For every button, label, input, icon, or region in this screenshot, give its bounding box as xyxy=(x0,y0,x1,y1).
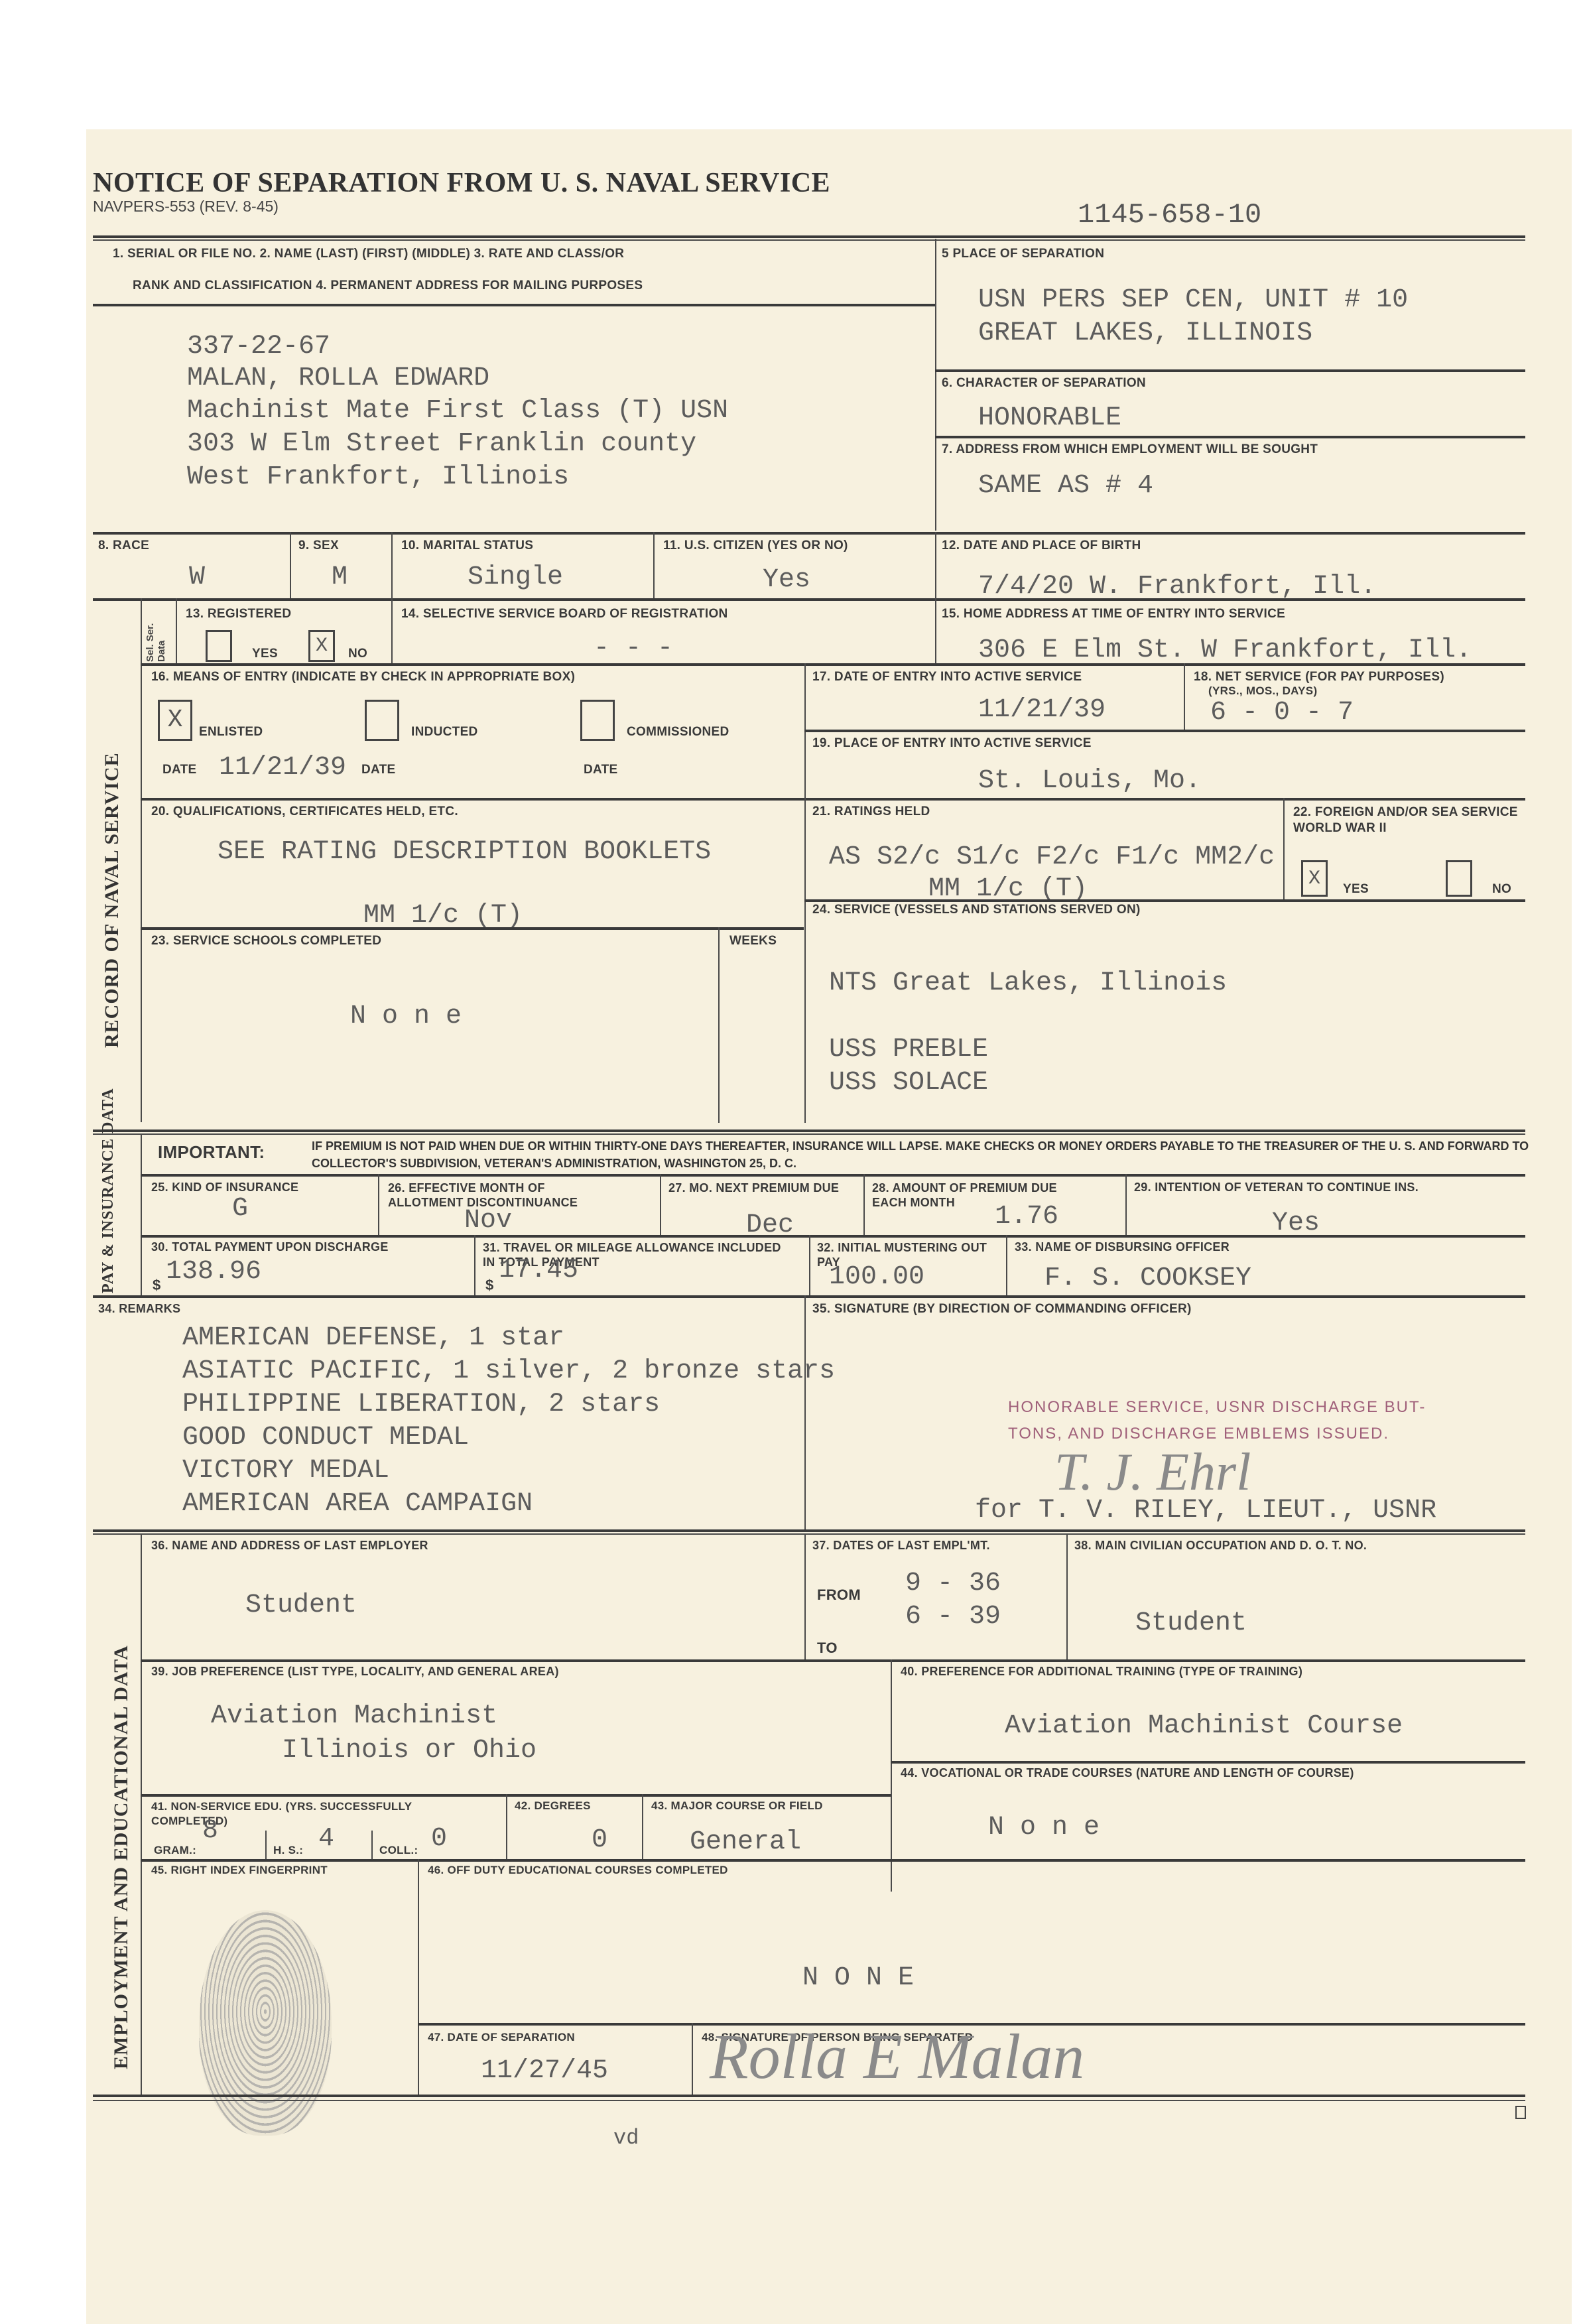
label-college: COLL.: xyxy=(379,1844,418,1857)
allotment-month-value: Nov xyxy=(464,1206,512,1236)
job-preference-locality: Illinois or Ohio xyxy=(282,1736,537,1766)
serial-number: 337-22-67 xyxy=(187,332,330,361)
marital-status-value: Single xyxy=(468,562,563,592)
label-remarks: 34. REMARKS xyxy=(98,1302,180,1316)
divider xyxy=(141,1794,891,1797)
divider xyxy=(93,598,1525,601)
label-entry-place: 19. PLACE OF ENTRY INTO ACTIVE SERVICE xyxy=(812,736,1092,751)
divider xyxy=(1283,798,1285,901)
form-title: NOTICE OF SEPARATION FROM U. S. NAVAL SE… xyxy=(93,167,830,199)
label-civilian-occupation: 38. MAIN CIVILIAN OCCUPATION AND D. O. T… xyxy=(1074,1539,1367,1553)
divider xyxy=(718,927,720,1123)
service-schools-value: N o n e xyxy=(350,1001,462,1031)
label-date-of-separation: 47. DATE OF SEPARATION xyxy=(428,2031,575,2044)
label-character-of-separation: 6. CHARACTER OF SEPARATION xyxy=(942,376,1146,391)
remark-line: GOOD CONDUCT MEDAL xyxy=(182,1423,469,1452)
label-enlisted: ENLISTED xyxy=(199,725,263,740)
commanding-officer-name: for T. V. RILEY, LIEUT., USNR xyxy=(975,1496,1436,1525)
divider xyxy=(804,899,1525,902)
label-means-of-entry: 16. MEANS OF ENTRY (INDICATE BY CHECK IN… xyxy=(151,670,575,684)
label-commissioned: COMMISSIONED xyxy=(627,725,729,740)
label-next-premium: 27. MO. NEXT PREMIUM DUE xyxy=(668,1181,861,1195)
divider xyxy=(141,1533,142,2097)
section-pay-insurance-data: PAY & INSURANCE DATA xyxy=(99,1088,117,1293)
us-citizen-value: Yes xyxy=(763,565,810,595)
divider xyxy=(692,2023,693,2095)
insurance-notice: IF PREMIUM IS NOT PAID WHEN DUE OR WITHI… xyxy=(312,1137,1532,1172)
vocational-courses-value: N o n e xyxy=(988,1813,1100,1842)
grammar-years-value: 8 xyxy=(202,1816,218,1846)
label-no: NO xyxy=(348,647,367,661)
label-vocational-courses: 44. VOCATIONAL OR TRADE COURSES (NATURE … xyxy=(901,1766,1354,1780)
divider xyxy=(290,532,291,598)
divider xyxy=(93,1529,1525,1532)
divider xyxy=(804,663,806,806)
job-preference-type: Aviation Machinist xyxy=(211,1701,497,1731)
foreign-service-yes-checkbox[interactable]: X xyxy=(1301,860,1328,897)
label-ratings-held: 21. RATINGS HELD xyxy=(812,805,930,819)
label-important: IMPORTANT: xyxy=(158,1142,265,1163)
label-major-course: 43. MAJOR COURSE OR FIELD xyxy=(651,1799,823,1813)
divider xyxy=(804,798,806,1123)
label-foreign-no: NO xyxy=(1492,882,1511,897)
label-weeks: WEEKS xyxy=(729,934,777,948)
character-of-separation: HONORABLE xyxy=(978,403,1121,433)
entry-date-value: 11/21/39 xyxy=(978,695,1106,725)
divider xyxy=(804,730,1525,732)
divider xyxy=(371,1831,373,1860)
employment-from-value: 9 - 36 xyxy=(905,1569,1001,1598)
section-record-of-naval-service: RECORD OF NAVAL SERVICE xyxy=(101,752,123,1048)
permanent-address-line1: 303 W Elm Street Franklin county xyxy=(187,429,696,459)
continue-insurance-value: Yes xyxy=(1272,1208,1320,1238)
label-continue-insurance: 29. INTENTION OF VETERAN TO CONTINUE INS… xyxy=(1134,1181,1419,1194)
remark-line: ASIATIC PACIFIC, 1 silver, 2 bronze star… xyxy=(182,1356,835,1386)
divider xyxy=(93,1130,1525,1132)
commissioned-checkbox[interactable] xyxy=(580,700,615,741)
label-foreign-yes: YES xyxy=(1343,882,1369,897)
divider xyxy=(93,2100,1525,2101)
label-non-service-education: 41. NON-SERVICE EDU. (YRS. SUCCESSFULLY … xyxy=(151,1799,456,1829)
divider xyxy=(935,436,1525,438)
divider xyxy=(141,927,804,930)
label-last-employer: 36. NAME AND ADDRESS OF LAST EMPLOYER xyxy=(151,1539,428,1553)
fingerprint-image xyxy=(199,1910,332,2136)
service-vessel-2: USS SOLACE xyxy=(829,1068,988,1098)
label-job-preference: 39. JOB PREFERENCE (LIST TYPE, LOCALITY,… xyxy=(151,1665,559,1679)
employment-address: SAME AS # 4 xyxy=(978,471,1153,501)
service-station-1: NTS Great Lakes, Illinois xyxy=(829,968,1227,998)
permanent-address-line2: West Frankfort, Illinois xyxy=(187,462,569,492)
divider xyxy=(804,1533,806,1659)
divider xyxy=(176,598,177,663)
label-kind-of-insurance: 25. KIND OF INSURANCE xyxy=(151,1181,298,1194)
major-course-value: General xyxy=(690,1827,801,1857)
label-dates-last-employment: 37. DATES OF LAST EMPL'MT. xyxy=(812,1539,990,1553)
divider xyxy=(93,239,1525,241)
place-of-separation-line2: GREAT LAKES, ILLINOIS xyxy=(978,318,1312,348)
dollar-sign: $ xyxy=(485,1277,494,1294)
label-date-inducted: DATE xyxy=(361,763,396,777)
divider xyxy=(141,1133,142,1295)
label-from: FROM xyxy=(817,1586,861,1604)
label-employment-address: 7. ADDRESS FROM WHICH EMPLOYMENT WILL BE… xyxy=(942,442,1318,457)
mustering-out-pay-value: 100.00 xyxy=(829,1262,924,1292)
last-employer-value: Student xyxy=(245,1590,357,1620)
label-right-index-fingerprint: 45. RIGHT INDEX FINGERPRINT xyxy=(151,1864,328,1877)
divider xyxy=(863,1174,865,1237)
net-service-value: 6 - 0 - 7 xyxy=(1210,698,1354,728)
label-registered: 13. REGISTERED xyxy=(186,607,291,621)
divider xyxy=(474,1235,475,1298)
divider xyxy=(418,1859,419,2095)
additional-training-value: Aviation Machinist Course xyxy=(1005,1711,1403,1741)
divider xyxy=(141,1659,1525,1662)
divider xyxy=(93,235,1525,238)
label-marital-status: 10. MARITAL STATUS xyxy=(401,539,533,553)
label-to: TO xyxy=(817,1640,838,1657)
divider xyxy=(653,532,655,598)
label-commanding-officer-signature: 35. SIGNATURE (BY DIRECTION OF COMMANDIN… xyxy=(812,1302,1192,1317)
travel-allowance-value: 17.45 xyxy=(499,1256,578,1285)
label-inducted: INDUCTED xyxy=(411,725,478,740)
divider xyxy=(935,532,936,598)
label-additional-training: 40. PREFERENCE FOR ADDITIONAL TRAINING (… xyxy=(901,1665,1302,1679)
disbursing-officer-value: F. S. COOKSEY xyxy=(1044,1263,1251,1293)
insurance-kind-value: G xyxy=(232,1194,248,1224)
divider xyxy=(265,1831,267,1860)
full-name: MALAN, ROLLA EDWARD xyxy=(187,363,489,393)
sex-value: M xyxy=(332,562,348,592)
degrees-value: 0 xyxy=(592,1825,607,1855)
employment-to-value: 6 - 39 xyxy=(905,1602,1001,1632)
label-race: 8. RACE xyxy=(98,539,149,553)
divider xyxy=(141,598,142,1122)
discharge-stamp-line2: TONS, AND DISCHARGE EMBLEMS ISSUED. xyxy=(1008,1425,1389,1443)
divider xyxy=(93,2095,1525,2097)
divider xyxy=(378,1174,379,1237)
label-degrees: 42. DEGREES xyxy=(515,1799,591,1813)
entry-place-value: St. Louis, Mo. xyxy=(978,766,1201,796)
divider xyxy=(891,1659,892,1892)
person-signature: Rolla E Malan xyxy=(710,2020,1084,2093)
high-school-years-value: 4 xyxy=(318,1824,334,1854)
label-date-enlisted: DATE xyxy=(162,763,197,777)
divider xyxy=(660,1174,661,1237)
divider xyxy=(1184,663,1185,730)
divider xyxy=(93,532,1525,535)
divider xyxy=(1066,1533,1068,1659)
remark-line: PHILIPPINE LIBERATION, 2 stars xyxy=(182,1389,660,1419)
race-value: W xyxy=(189,562,205,592)
file-number: 1145-658-10 xyxy=(1078,199,1261,231)
label-fields-3-4: RANK AND CLASSIFICATION 4. PERMANENT ADD… xyxy=(133,279,643,293)
total-payment-value: 138.96 xyxy=(166,1257,261,1287)
label-service-schools: 23. SERVICE SCHOOLS COMPLETED xyxy=(151,934,381,948)
enlisted-date-value: 11/21/39 xyxy=(219,753,346,783)
label-place-of-separation: 5 PLACE OF SEPARATION xyxy=(942,247,1104,261)
enlisted-checkbox[interactable]: X xyxy=(158,700,192,741)
divider xyxy=(141,1235,1525,1238)
corner-mark xyxy=(1515,2106,1526,2119)
divider xyxy=(935,369,1525,372)
place-of-separation-line1: USN PERS SEP CEN, UNIT # 10 xyxy=(978,285,1408,315)
rate-class: Machinist Mate First Class (T) USN xyxy=(187,396,728,426)
dollar-sign: $ xyxy=(153,1277,161,1294)
label-high-school: H. S.: xyxy=(273,1844,303,1857)
label-disbursing-officer: 33. NAME OF DISBURSING OFFICER xyxy=(1015,1240,1230,1254)
divider xyxy=(506,1794,507,1860)
divider xyxy=(141,1859,1525,1862)
label-birth: 12. DATE AND PLACE OF BIRTH xyxy=(942,539,1141,553)
home-address-entry-value: 306 E Elm St. W Frankfort, Ill. xyxy=(978,635,1472,665)
divider xyxy=(93,1133,1525,1135)
label-selective-service-board: 14. SELECTIVE SERVICE BOARD OF REGISTRAT… xyxy=(401,607,728,621)
label-sex: 9. SEX xyxy=(298,539,339,553)
divider xyxy=(891,1761,1525,1764)
remark-line: VICTORY MEDAL xyxy=(182,1456,389,1486)
label-off-duty-courses: 46. OFF DUTY EDUCATIONAL COURSES COMPLET… xyxy=(428,1864,728,1877)
qualifications-value: SEE RATING DESCRIPTION BOOKLETS xyxy=(218,837,711,867)
label-date-commissioned: DATE xyxy=(584,763,618,777)
foreign-service-no-checkbox[interactable] xyxy=(1446,860,1472,897)
ratings-held-value: AS S2/c S1/c F2/c F1/c MM2/c xyxy=(829,842,1275,872)
divider xyxy=(391,598,393,663)
label-foreign-sea-service: 22. FOREIGN AND/OR SEA SERVICE WORLD WAR… xyxy=(1293,805,1519,836)
date-of-separation-value: 11/27/45 xyxy=(481,2056,608,2086)
qualifications-rating: MM 1/c (T) xyxy=(363,901,523,931)
divider xyxy=(642,1794,643,1860)
divider xyxy=(93,1295,1525,1298)
remark-line: AMERICAN DEFENSE, 1 star xyxy=(182,1323,564,1353)
service-vessel-1: USS PREBLE xyxy=(829,1035,988,1065)
label-us-citizen: 11. U.S. CITIZEN (YES OR NO) xyxy=(663,539,848,553)
label-net-service: 18. NET SERVICE (FOR PAY PURPOSES) xyxy=(1194,670,1444,684)
divider xyxy=(935,598,936,663)
divider xyxy=(93,304,935,306)
divider xyxy=(391,532,393,598)
selective-service-board-value: - - - xyxy=(594,633,673,663)
divider xyxy=(93,1533,1525,1535)
registered-yes-checkbox[interactable] xyxy=(206,630,232,662)
label-yes: YES xyxy=(252,647,278,661)
label-entry-date: 17. DATE OF ENTRY INTO ACTIVE SERVICE xyxy=(812,670,1082,684)
label-fields-1-3: 1. SERIAL OR FILE NO. 2. NAME (LAST) (FI… xyxy=(113,247,624,261)
label-qualifications: 20. QUALIFICATIONS, CERTIFICATES HELD, E… xyxy=(151,805,458,819)
label-grammar: GRAM.: xyxy=(154,1844,196,1857)
label-net-service-units: (YRS., MOS., DAYS) xyxy=(1208,684,1317,698)
label-foreign-sea-service-text: 22. FOREIGN AND/OR SEA SERVICE WORLD WAR… xyxy=(1293,805,1519,836)
civilian-occupation-value: Student xyxy=(1135,1608,1247,1638)
off-duty-courses-value: N O N E xyxy=(802,1963,914,1993)
registered-no-checkbox[interactable]: X xyxy=(308,630,335,662)
label-total-payment: 30. TOTAL PAYMENT UPON DISCHARGE xyxy=(151,1240,389,1254)
birth-value: 7/4/20 W. Frankfort, Ill. xyxy=(978,572,1376,602)
section-employment-educational-data: EMPLOYMENT AND EDUCATIONAL DATA xyxy=(110,1645,133,2069)
label-service-vessels: 24. SERVICE (VESSELS AND STATIONS SERVED… xyxy=(812,903,1141,917)
footer-initials: vd xyxy=(613,2126,639,2150)
remark-line: AMERICAN AREA CAMPAIGN xyxy=(182,1489,533,1519)
divider xyxy=(804,1295,806,1531)
label-sel-ser-data: Sel. Ser. Data xyxy=(145,602,171,662)
divider xyxy=(141,1174,1525,1177)
divider xyxy=(935,239,936,531)
college-years-value: 0 xyxy=(431,1824,447,1854)
officer-signature: T. J. Ehrl xyxy=(1054,1443,1251,1503)
divider xyxy=(1125,1174,1127,1237)
divider xyxy=(809,1235,810,1298)
discharge-stamp-line1: HONORABLE SERVICE, USNR DISCHARGE BUT- xyxy=(1008,1398,1426,1417)
divider xyxy=(141,798,1525,801)
inducted-checkbox[interactable] xyxy=(365,700,399,741)
form-number: NAVPERS-553 (REV. 8-45) xyxy=(93,198,279,216)
label-home-address-entry: 15. HOME ADDRESS AT TIME OF ENTRY INTO S… xyxy=(942,607,1285,621)
divider xyxy=(141,663,1525,666)
premium-amount-value: 1.76 xyxy=(995,1202,1058,1232)
divider xyxy=(1006,1235,1007,1298)
